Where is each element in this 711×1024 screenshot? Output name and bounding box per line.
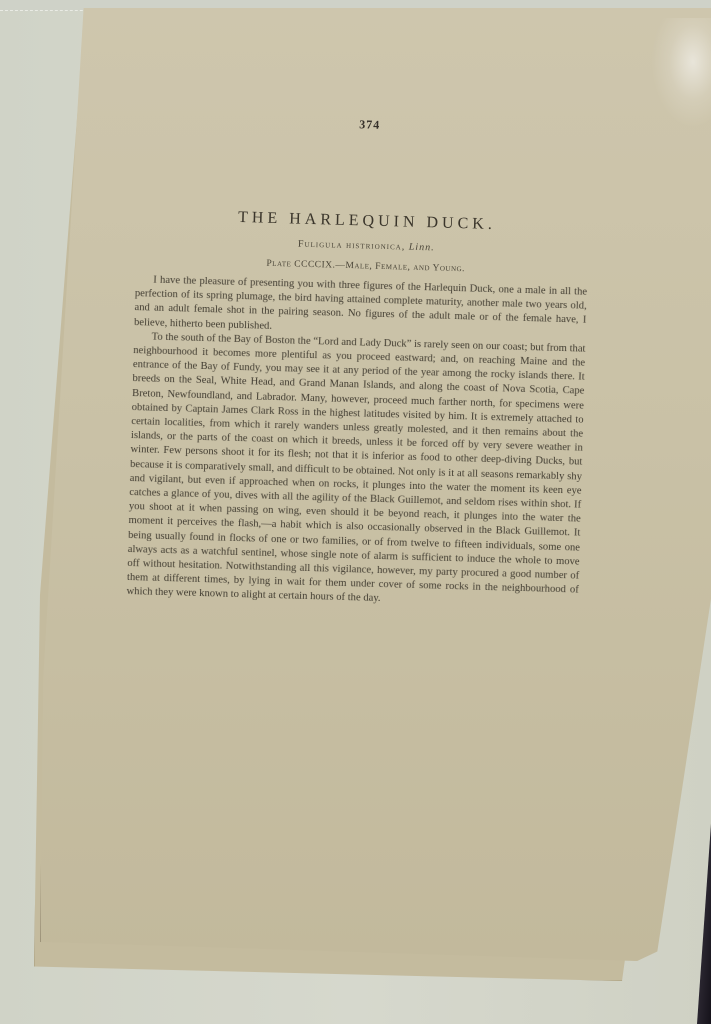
page-title: THE HARLEQUIN DUCK. (137, 206, 597, 237)
latin-binomial: Fuligula histrionica, (298, 239, 406, 253)
book-page: 374 THE HARLEQUIN DUCK. Fuligula histrio… (86, 110, 599, 612)
latin-name: Fuligula histrionica, Linn. (136, 234, 596, 258)
latin-author: Linn. (409, 242, 435, 254)
paragraph-range: To the south of the Bay of Boston the “L… (126, 330, 585, 612)
